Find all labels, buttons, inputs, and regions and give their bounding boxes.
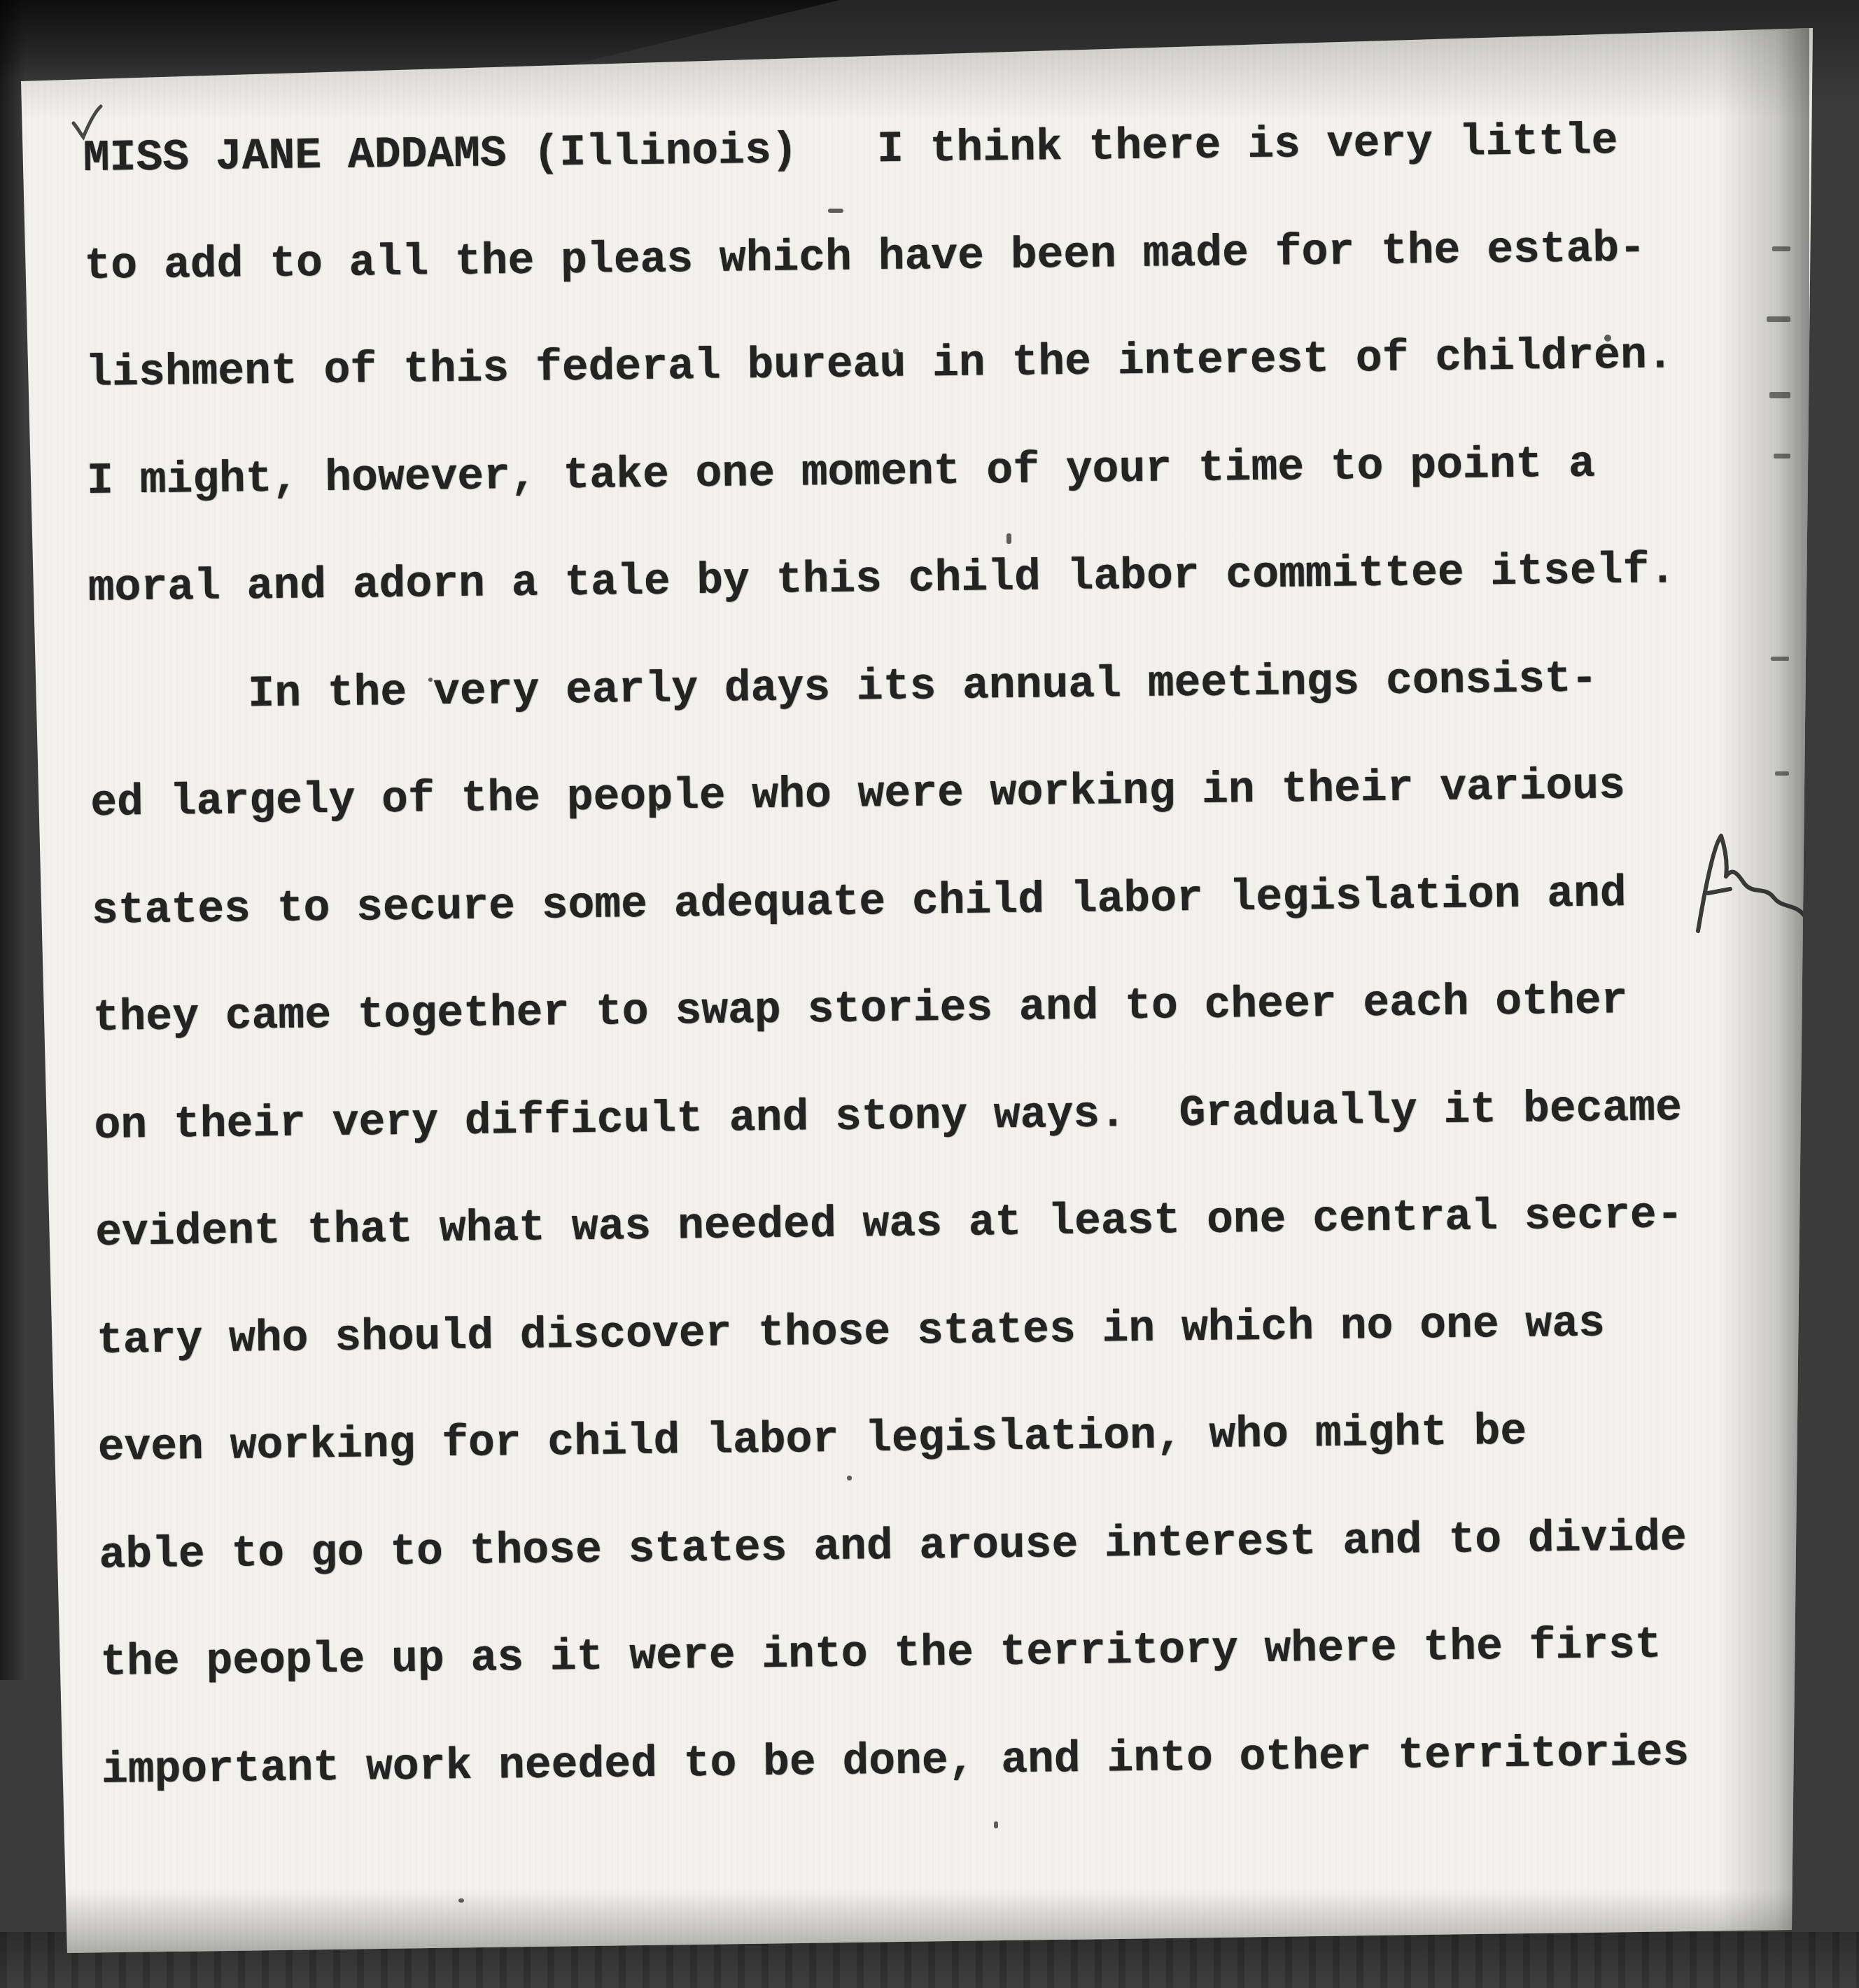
ink-speck [1006,533,1011,544]
paper-edge-tick [1774,454,1790,458]
text-line: to add to all the pleas which have been … [84,193,1779,320]
handwritten-caret-squiggle [1677,825,1828,954]
ink-speck [428,678,433,682]
ink-speck [657,806,661,811]
text-line: In the very early days its annual meetin… [89,623,1784,750]
ink-speck [847,1476,852,1480]
text-line: important work needed to be done, and in… [101,1697,1796,1824]
text-line: moral and adorn a tale by this child lab… [87,516,1783,643]
text-line: on their very difficult and stony ways. … [94,1053,1789,1179]
paper-edge-tick [1769,392,1790,398]
text-line: I might, however, take one moment of you… [86,408,1781,535]
text-line: ed largely of the people who were workin… [90,730,1785,857]
paper-edge-tick [1771,657,1789,661]
ink-speck [893,349,899,354]
text-line: even working for child labor legislation… [97,1375,1793,1501]
text-line: able to go to those states and arouse in… [99,1483,1794,1609]
ink-speck [458,1898,464,1903]
text-line: states to secure some adequate child lab… [91,838,1786,965]
text-line: the people up as it were into the territ… [99,1590,1795,1716]
paper-edge-tick [1772,246,1790,251]
paper-edge-tick [1767,316,1790,322]
text-line: tary who should discover those states in… [96,1268,1791,1394]
scanned-document: MISS JANE ADDAMS (Illinois) I think ther… [0,0,1859,1988]
text-line: evident that what was needed was at leas… [94,1160,1790,1287]
ink-speck [503,1002,507,1007]
ink-speck [828,209,843,213]
text-line: MISS JANE ADDAMS (Illinois) I think ther… [83,86,1778,213]
text-line: lishment of this federal bureau in the i… [85,301,1780,428]
ink-speck [1604,335,1611,342]
document-page: MISS JANE ADDAMS (Illinois) I think ther… [0,0,1859,1988]
paper-edge-tick [1775,771,1789,776]
typewritten-text: MISS JANE ADDAMS (Illinois) I think ther… [83,86,1796,1824]
scan-left-edge-shadow [0,0,25,1680]
text-line: they came together to swap stories and t… [92,945,1788,1072]
ink-speck [994,1821,998,1828]
handwritten-checkmark [70,104,104,143]
